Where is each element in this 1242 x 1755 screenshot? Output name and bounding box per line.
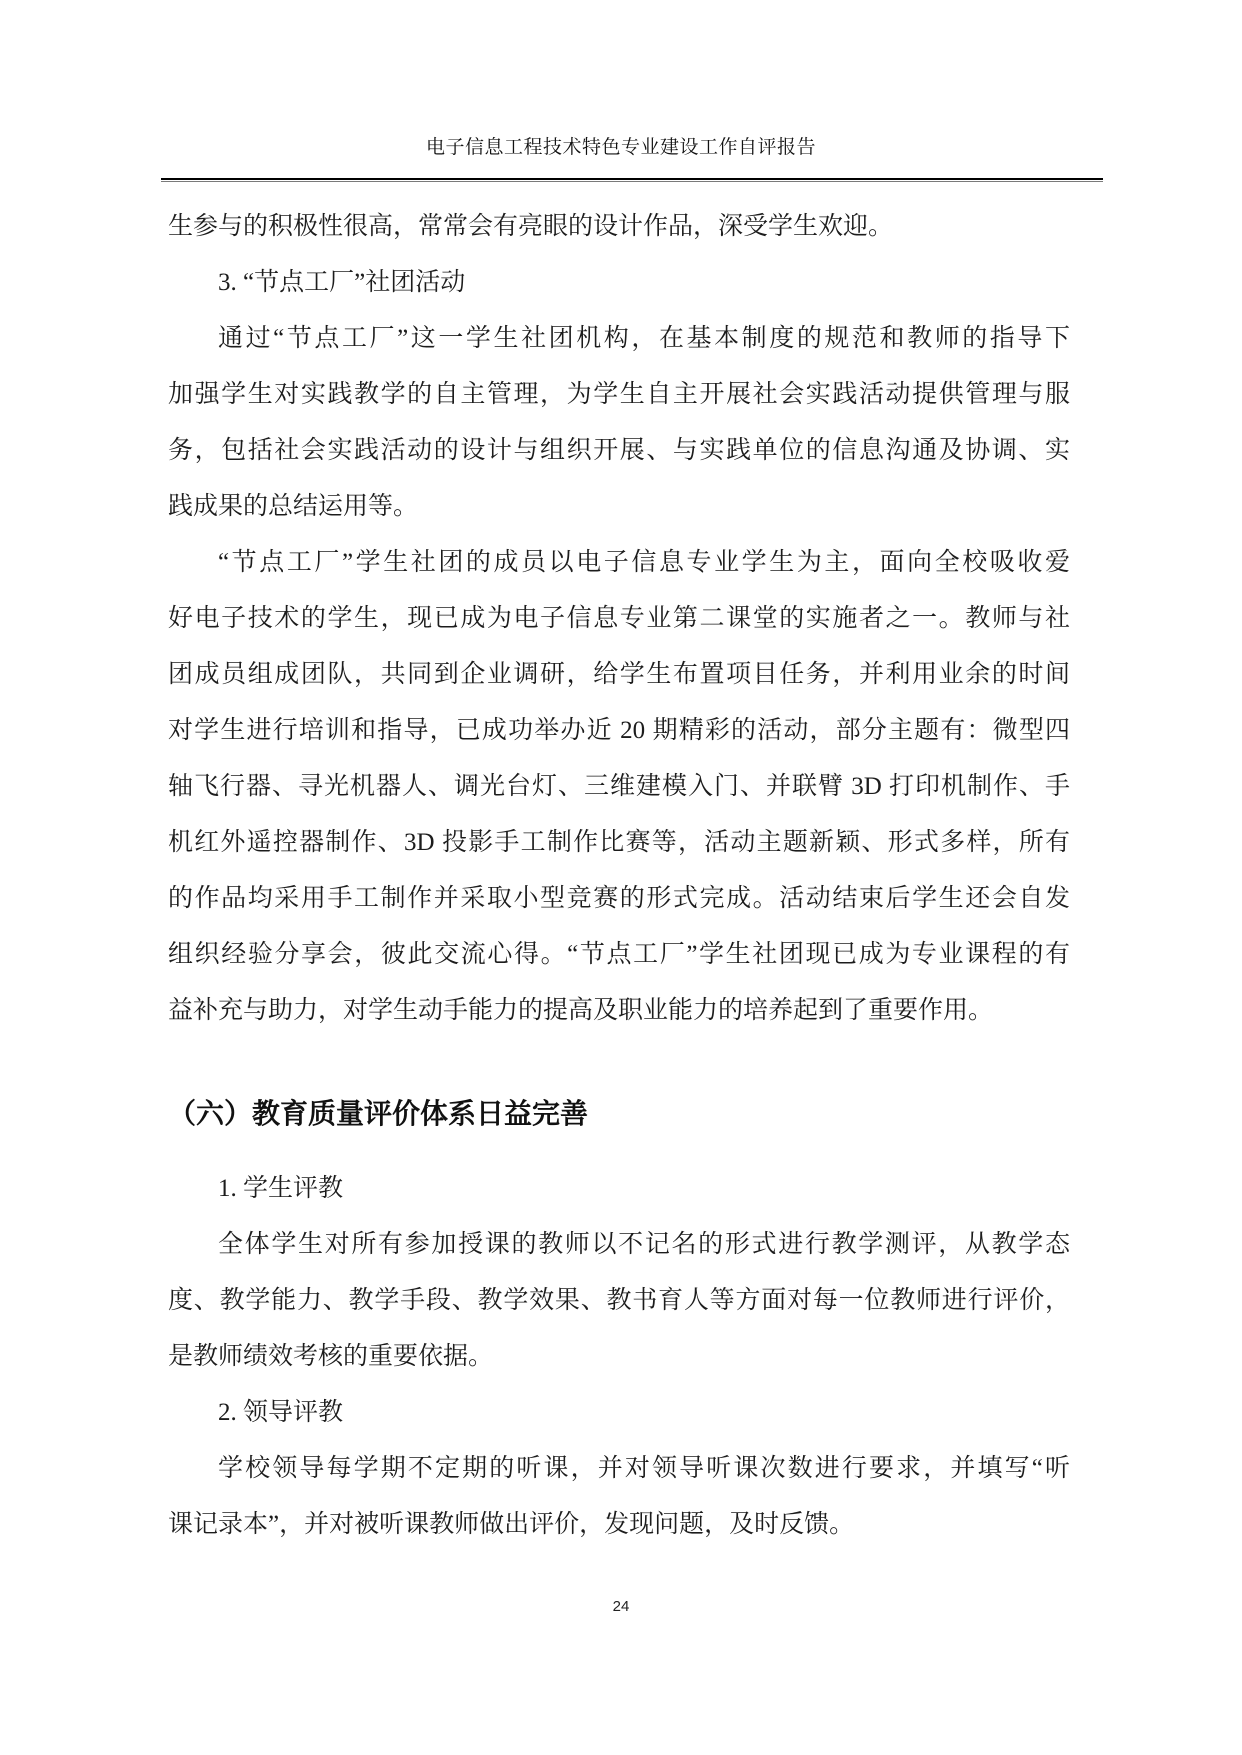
- header-title: 电子信息工程技术特色专业建设工作自评报告: [0, 136, 1242, 160]
- paragraph-line: 好电子技术的学生，现已成为电子信息专业第二课堂的实施者之一。教师与社: [168, 591, 1070, 647]
- document-body: 生参与的积极性很高，常常会有亮眼的设计作品，深受学生欢迎。 3. “节点工厂”社…: [168, 199, 1070, 1553]
- document-page: 电子信息工程技术特色专业建设工作自评报告 生参与的积极性很高，常常会有亮眼的设计…: [0, 0, 1242, 1755]
- page-footer: 24: [0, 1598, 1242, 1615]
- paragraph-line: 机红外遥控器制作、3D 投影手工制作比赛等，活动主题新颖、形式多样，所有: [168, 815, 1070, 871]
- paragraph-line: 通过“节点工厂”这一学生社团机构，在基本制度的规范和教师的指导下: [168, 311, 1070, 367]
- paragraph-line: “节点工厂”学生社团的成员以电子信息专业学生为主，面向全校吸收爱: [168, 535, 1070, 591]
- paragraph-line: 益补充与助力，对学生动手能力的提高及职业能力的培养起到了重要作用。: [168, 983, 1070, 1039]
- paragraph-line: 组织经验分享会，彼此交流心得。“节点工厂”学生社团现已成为专业课程的有: [168, 927, 1070, 983]
- list-item-heading-1: 1. 学生评教: [168, 1161, 1070, 1217]
- list-item-heading-3: 3. “节点工厂”社团活动: [168, 255, 1070, 311]
- paragraph-line: 度、教学能力、教学手段、教学效果、教书育人等方面对每一位教师进行评价，: [168, 1273, 1070, 1329]
- paragraph-line: 对学生进行培训和指导，已成功举办近 20 期精彩的活动，部分主题有：微型四: [168, 703, 1070, 759]
- paragraph-continuation-line: 生参与的积极性很高，常常会有亮眼的设计作品，深受学生欢迎。: [168, 199, 1070, 255]
- paragraph-line: 团成员组成团队，共同到企业调研，给学生布置项目任务，并利用业余的时间: [168, 647, 1070, 703]
- paragraph-line: 全体学生对所有参加授课的教师以不记名的形式进行教学测评，从教学态: [168, 1217, 1070, 1273]
- paragraph-line: 课记录本”，并对被听课教师做出评价，发现问题，及时反馈。: [168, 1497, 1070, 1553]
- list-item-heading-2: 2. 领导评教: [168, 1385, 1070, 1441]
- paragraph-line: 的作品均采用手工制作并采取小型竞赛的形式完成。活动结束后学生还会自发: [168, 871, 1070, 927]
- paragraph-line: 务，包括社会实践活动的设计与组织开展、与实践单位的信息沟通及协调、实: [168, 423, 1070, 479]
- page-number: 24: [613, 1598, 630, 1615]
- paragraph-line: 践成果的总结运用等。: [168, 479, 1070, 535]
- paragraph-line: 是教师绩效考核的重要依据。: [168, 1329, 1070, 1385]
- paragraph-line: 加强学生对实践教学的自主管理，为学生自主开展社会实践活动提供管理与服: [168, 367, 1070, 423]
- paragraph-line: 学校领导每学期不定期的听课，并对领导听课次数进行要求，并填写“听: [168, 1441, 1070, 1497]
- header-rule: [161, 178, 1103, 182]
- paragraph-line: 轴飞行器、寻光机器人、调光台灯、三维建模入门、并联臂 3D 打印机制作、手: [168, 759, 1070, 815]
- section-heading-6: （六）教育质量评价体系日益完善: [168, 1093, 1070, 1137]
